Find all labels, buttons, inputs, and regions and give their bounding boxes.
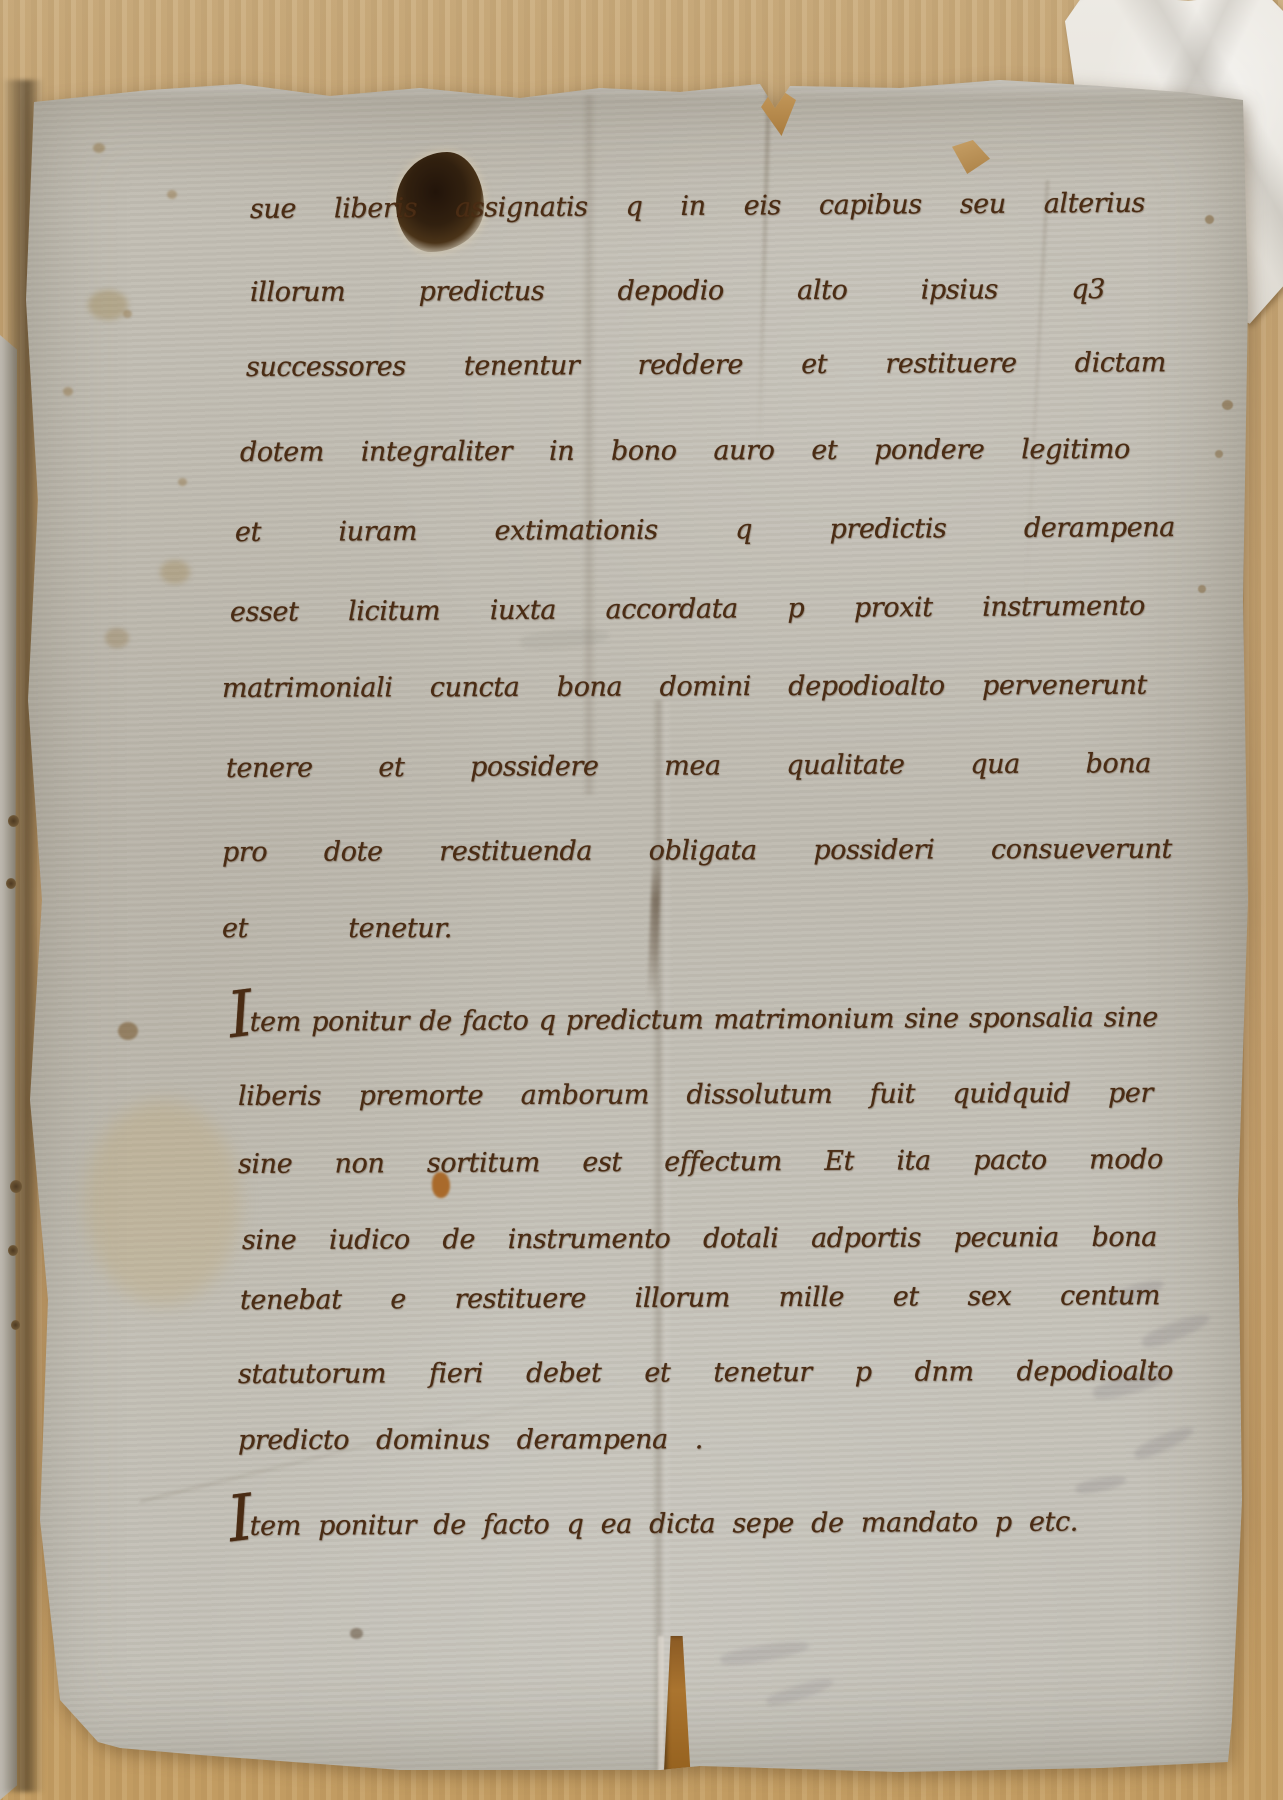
word: instrumento [982, 592, 1145, 623]
word: predictum [566, 1006, 704, 1037]
word: de [433, 1511, 466, 1541]
word: restituere [885, 349, 1016, 380]
word: cuncta [430, 673, 520, 703]
word: matrimoniali [222, 673, 393, 704]
word: esset [230, 598, 299, 628]
word: predictis [829, 514, 946, 545]
binding-spot [10, 1180, 22, 1193]
word: possideri [813, 836, 934, 866]
word: dissolutum [686, 1080, 832, 1111]
word: sue [250, 195, 296, 225]
word: ea [601, 1510, 632, 1540]
word: fieri [429, 1359, 483, 1389]
word: et [801, 350, 827, 380]
word: illorum [250, 278, 345, 308]
word: ponitur [311, 1007, 409, 1038]
word: per [1108, 1079, 1153, 1109]
manuscript-line-14: sineiudicodeinstrumentodotaliadportispec… [242, 1223, 1157, 1256]
word: alto [797, 276, 847, 306]
word: sponsalia [969, 1003, 1094, 1034]
word: pacto [973, 1146, 1047, 1176]
word: dictam [1075, 348, 1166, 378]
word: pervenerunt [982, 671, 1147, 702]
word: accordata [605, 594, 737, 625]
word: tenentur [464, 351, 580, 382]
word: bona [557, 673, 623, 703]
word: domini [659, 672, 751, 702]
word: assignatis [455, 193, 588, 224]
word: qua [970, 750, 1020, 780]
manuscript-line-10: ettenetur. [222, 914, 452, 944]
word: . [695, 1425, 703, 1455]
word: et [811, 436, 837, 466]
word: qualitate [786, 750, 904, 781]
word: legitimo [1021, 435, 1130, 465]
word: quidquid [952, 1079, 1070, 1109]
word: iudico [329, 1225, 410, 1255]
manuscript-photo-scene: sueliberisassignatisqineiscapibusseualte… [0, 0, 1283, 1800]
binding-spot [8, 815, 19, 827]
word: e [390, 1285, 406, 1315]
decorated-initial: I [228, 1516, 252, 1519]
word: capibus [819, 190, 922, 221]
binding-spot [11, 1320, 20, 1330]
word: q [735, 515, 752, 545]
word: ita [896, 1146, 931, 1176]
manuscript-line-11: Itemponiturdefactoqpredictummatrimoniums… [228, 1003, 1158, 1038]
word: derampena [517, 1425, 668, 1455]
word: ipsius [921, 275, 998, 305]
manuscript-line-5: etiuramextimationisqpredictisderampena [235, 513, 1175, 548]
word: liberis [238, 1082, 321, 1112]
word: dotali [703, 1224, 778, 1254]
word: tenetur. [348, 914, 452, 944]
word: licitum [348, 597, 440, 628]
manuscript-line-17: predictodominusderampena. [238, 1425, 703, 1456]
decorated-initial: I [228, 1012, 252, 1015]
word: facto [462, 1006, 528, 1036]
word: iuxta [490, 596, 556, 626]
word: et [235, 518, 261, 548]
word: sine [242, 1226, 296, 1256]
word: premorte [359, 1081, 484, 1111]
word: fuit [870, 1080, 915, 1110]
word: in [680, 192, 705, 222]
word: eis [744, 191, 781, 221]
word: de [419, 1007, 452, 1037]
word: et [893, 1282, 919, 1312]
binding-spot [8, 1245, 18, 1256]
word: successores [246, 352, 406, 383]
word: de [442, 1225, 475, 1255]
word: est [582, 1148, 622, 1178]
word: pecunia [954, 1223, 1059, 1253]
word: et [378, 753, 404, 783]
manuscript-line-1: sueliberisassignatisqineiscapibusseualte… [250, 189, 1145, 225]
word: tenebat [240, 1285, 342, 1316]
word: proxit [854, 593, 933, 624]
word: obligata [649, 836, 757, 866]
word: illorum [635, 1283, 730, 1313]
word: ponitur [318, 1511, 416, 1542]
manuscript-line-6: essetlicitumiuxtaaccordatapproxitinstrum… [230, 592, 1145, 628]
word: q [539, 1006, 556, 1036]
manuscript-page-wrapper: sueliberisassignatisqineiscapibusseualte… [0, 0, 1283, 1800]
word: mea [664, 751, 721, 781]
word: bona [1085, 749, 1151, 779]
word: pro [222, 838, 267, 868]
word: centum [1060, 1281, 1160, 1312]
word: tenere [226, 754, 313, 784]
word: derampena [1024, 513, 1175, 544]
word: amborum [521, 1081, 649, 1111]
manuscript-line-4: dotemintegraliterinbonoauroetponderelegi… [240, 435, 1130, 468]
manuscript-line-12: liberispremorteamborumdissolutumfuitquid… [238, 1079, 1153, 1112]
word: Item [228, 1008, 301, 1038]
word: sortitum [427, 1148, 540, 1179]
word: sepe [732, 1509, 794, 1539]
word: de [811, 1509, 844, 1539]
word: Et [824, 1147, 854, 1177]
binding-spot [6, 878, 16, 889]
word: p [787, 594, 804, 624]
word: depodioalto [1017, 1357, 1174, 1388]
word: Item [228, 1512, 301, 1542]
word: iuram [338, 517, 417, 547]
word: dominus [376, 1426, 490, 1456]
word: non [335, 1149, 385, 1179]
word: restituere [455, 1284, 586, 1315]
word: bono [611, 436, 677, 466]
word: p [995, 1508, 1012, 1538]
manuscript-line-2: illorumpredictusdepodioaltoipsiusq3 [250, 275, 1105, 308]
manuscript-line-13: sinenonsortitumesteffectumEtitapactomodo [238, 1145, 1163, 1180]
word: seu [960, 190, 1006, 220]
word: consueverunt [991, 835, 1172, 866]
word: bona [1091, 1223, 1157, 1253]
word: instrumento [508, 1225, 671, 1256]
word: q3 [1071, 275, 1105, 305]
manuscript-line-15: tenebaterestituereillorummilleetsexcentu… [240, 1281, 1160, 1316]
manuscript-line-7: matrimonialicunctabonadominidepodioaltop… [222, 671, 1147, 704]
handwritten-text: sueliberisassignatisqineiscapibusseualte… [20, 70, 1255, 1780]
word: facto [483, 1510, 549, 1540]
word: extimationis [494, 516, 657, 547]
word: adportis [811, 1224, 921, 1254]
word: in [549, 437, 574, 467]
word: etc. [1029, 1508, 1078, 1538]
word: restituenda [439, 837, 592, 868]
word: possidere [470, 752, 599, 783]
word: dicta [649, 1509, 715, 1539]
word: dote [324, 837, 383, 867]
word: predicto [238, 1426, 349, 1456]
word: statutorum [238, 1359, 386, 1390]
word: sine [238, 1150, 292, 1180]
manuscript-line-16: statutorumfieridebetetteneturpdnmdepodio… [238, 1357, 1173, 1390]
word: et [644, 1358, 670, 1388]
word: reddere [637, 350, 743, 381]
manuscript-line-3: successorestenenturreddereetrestitueredi… [246, 348, 1166, 383]
word: predictus [419, 277, 545, 307]
word: integraliter [361, 437, 512, 468]
word: effectum [664, 1147, 782, 1178]
word: et [222, 914, 248, 944]
word: matrimonium [713, 1005, 894, 1036]
manuscript-page: sueliberisassignatisqineiscapibusseualte… [20, 70, 1255, 1780]
word: p [855, 1358, 872, 1388]
word: q [626, 192, 643, 222]
word: sine [904, 1004, 958, 1034]
word: liberis [334, 194, 417, 225]
word: auro [713, 436, 774, 466]
word: debet [526, 1359, 601, 1389]
word: dnm [915, 1357, 974, 1387]
word: sex [967, 1282, 1011, 1312]
word: sine [1104, 1003, 1158, 1033]
word: tenetur [713, 1358, 812, 1388]
word: modo [1089, 1145, 1163, 1175]
word: q [566, 1510, 583, 1540]
word: depodioalto [788, 671, 945, 702]
word: mille [779, 1283, 845, 1313]
word: depodio [618, 276, 724, 306]
word: pondere [874, 435, 984, 465]
word: alterius [1044, 189, 1145, 220]
manuscript-line-9: prodoterestituendaobligatapossidericonsu… [222, 835, 1172, 868]
word: dotem [240, 438, 324, 468]
manuscript-line-8: tenereetpossideremeaqualitatequabona [226, 749, 1151, 784]
word: mandato [861, 1508, 978, 1539]
manuscript-line-18: Itemponiturdefactoqeadictasepedemandatop… [228, 1508, 1078, 1542]
